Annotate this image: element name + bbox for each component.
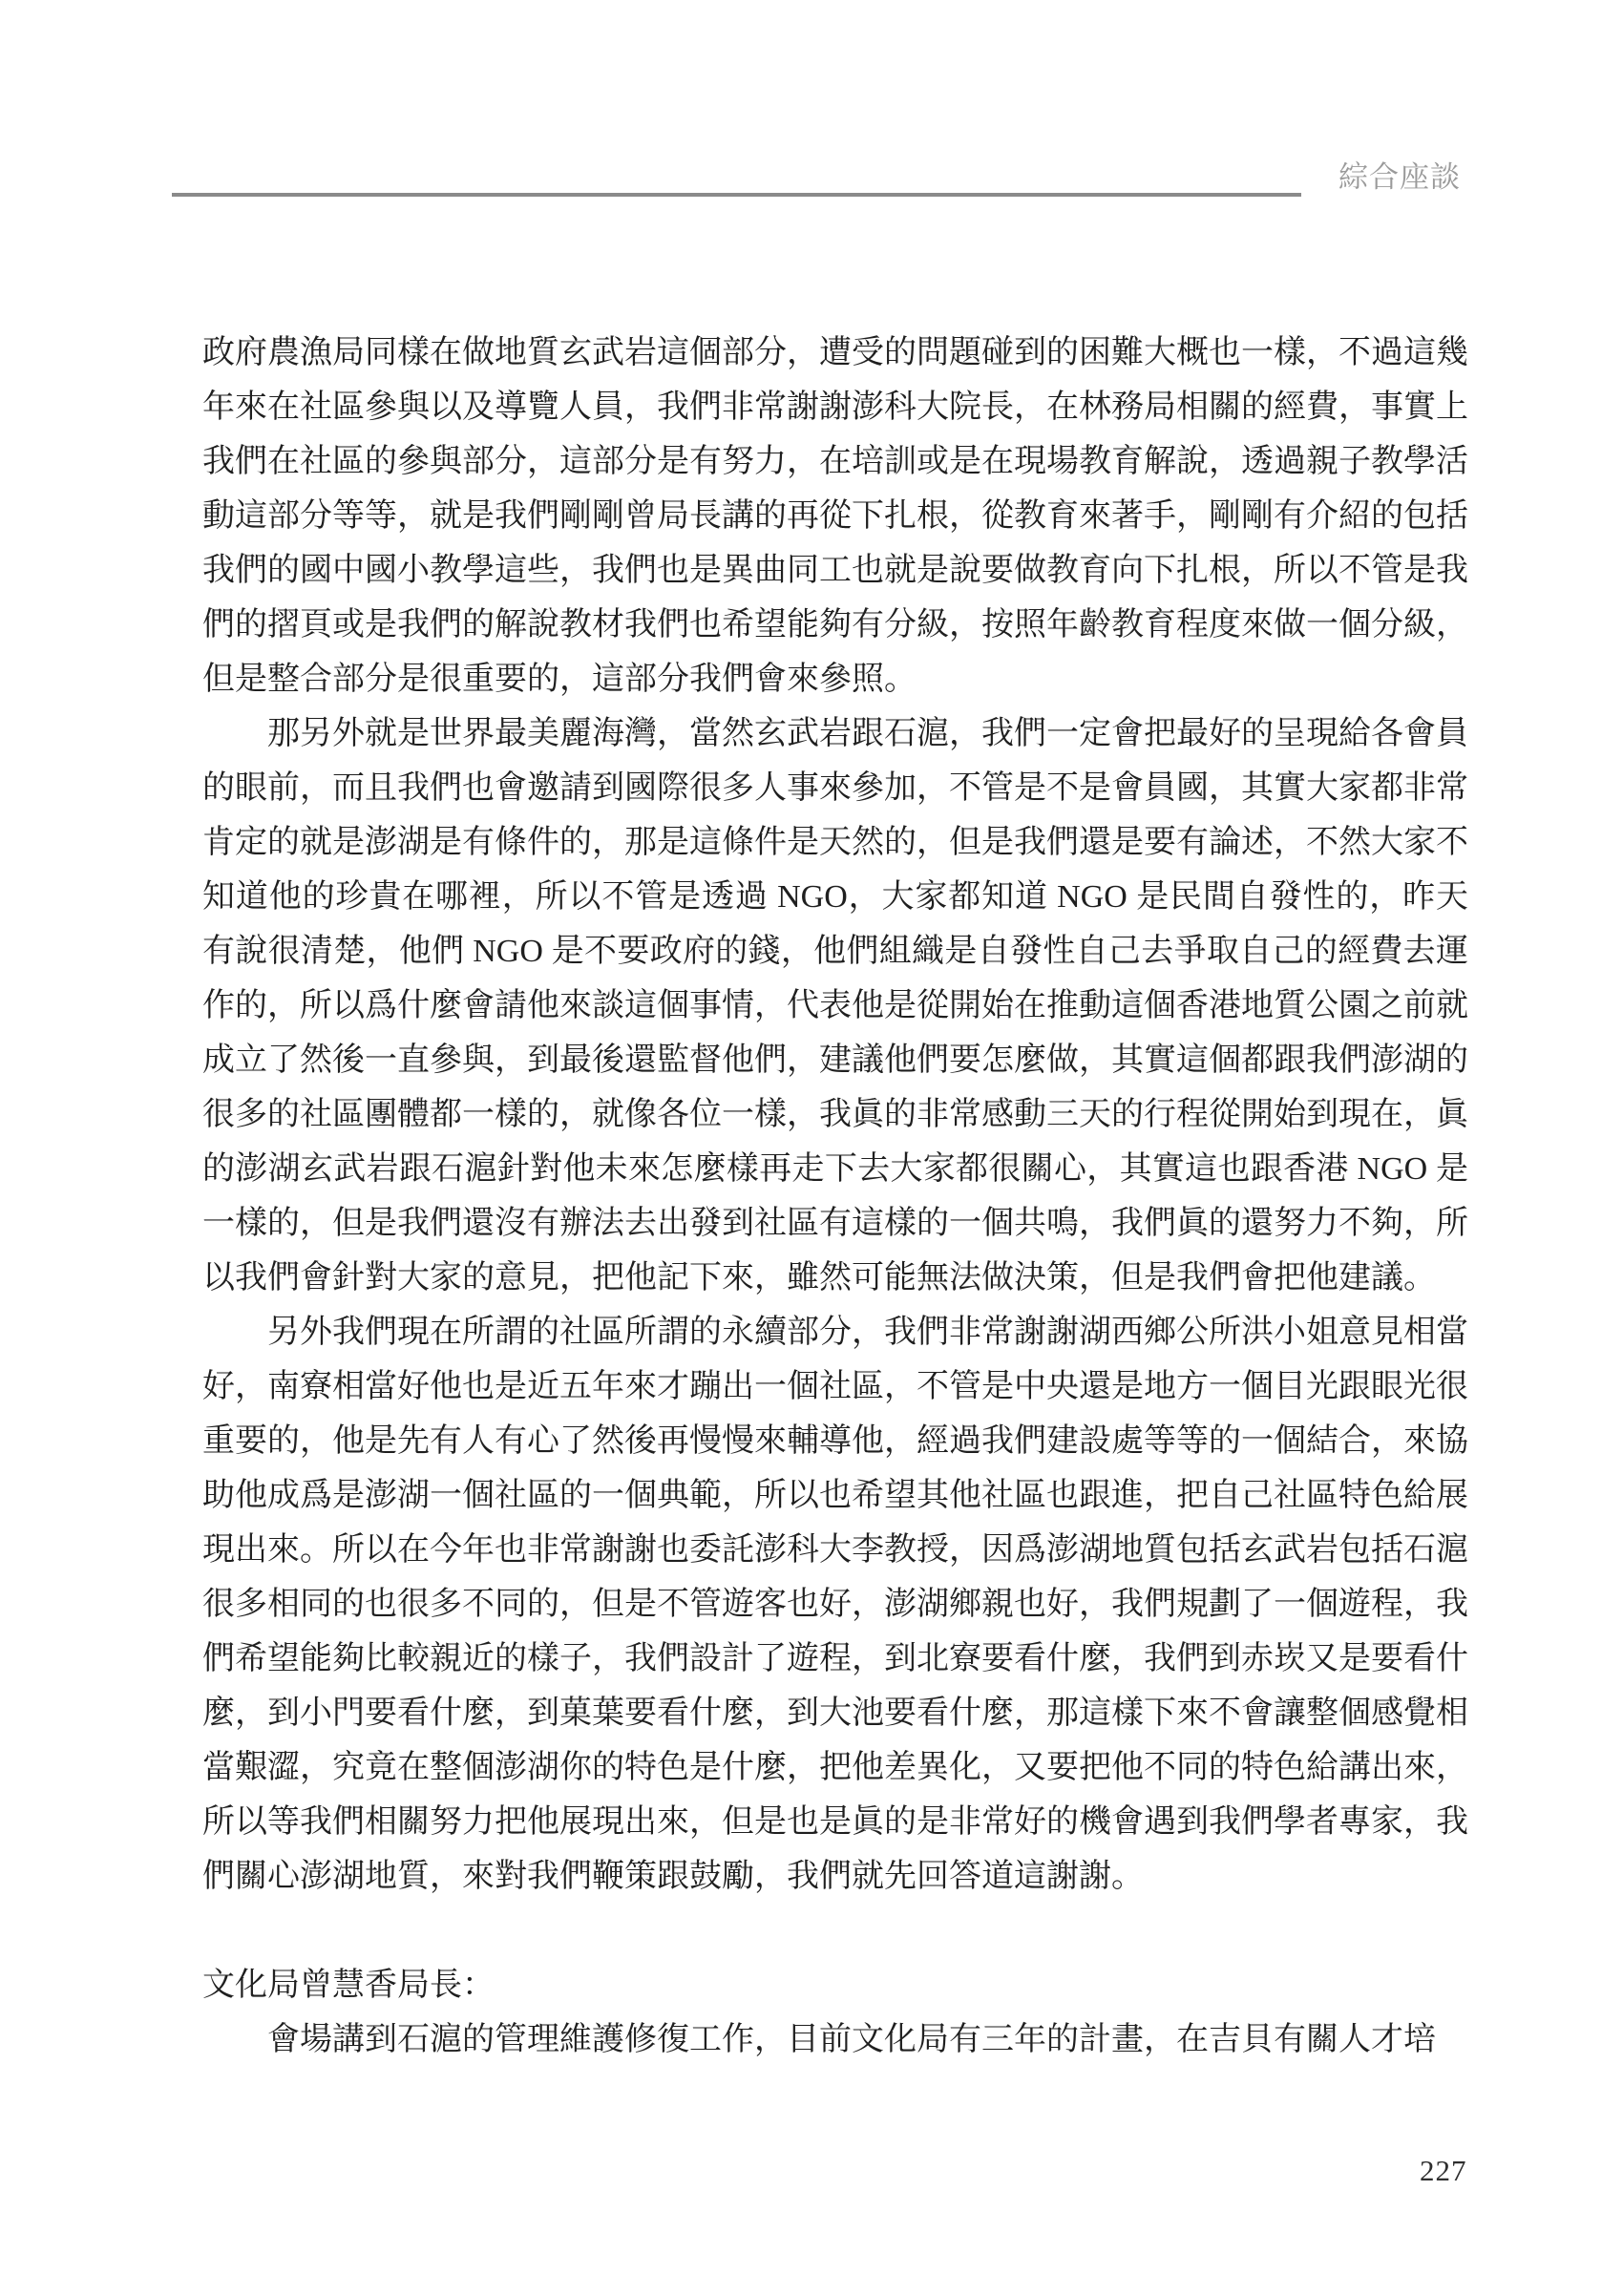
speaker-heading: 文化局曾慧香局長： <box>202 1958 1468 2012</box>
paragraph-2: 那另外就是世界最美麗海灣，當然玄武岩跟石滬，我們一定會把最好的呈現給各會員的眼前… <box>202 706 1468 1305</box>
body-text-block: 政府農漁局同樣在做地質玄武岩這個部分，遭受的問題碰到的困難大概也一樣，不過這幾年… <box>202 326 1468 2067</box>
paragraph-3: 另外我們現在所謂的社區所謂的永續部分，我們非常謝謝湖西鄉公所洪小姐意見相當好，南… <box>202 1305 1468 1904</box>
closing-paragraph: 會場講到石滬的管理維護修復工作，目前文化局有三年的計畫，在吉貝有關人才培 <box>202 2012 1468 2067</box>
header-rule <box>172 193 1301 197</box>
page-number: 227 <box>1420 2154 1467 2188</box>
paragraph-1: 政府農漁局同樣在做地質玄武岩這個部分，遭受的問題碰到的困難大概也一樣，不過這幾年… <box>202 326 1468 706</box>
header-section-title: 綜合座談 <box>1338 160 1461 195</box>
document-page: 綜合座談 政府農漁局同樣在做地質玄武岩這個部分，遭受的問題碰到的困難大概也一樣，… <box>0 0 1623 2296</box>
